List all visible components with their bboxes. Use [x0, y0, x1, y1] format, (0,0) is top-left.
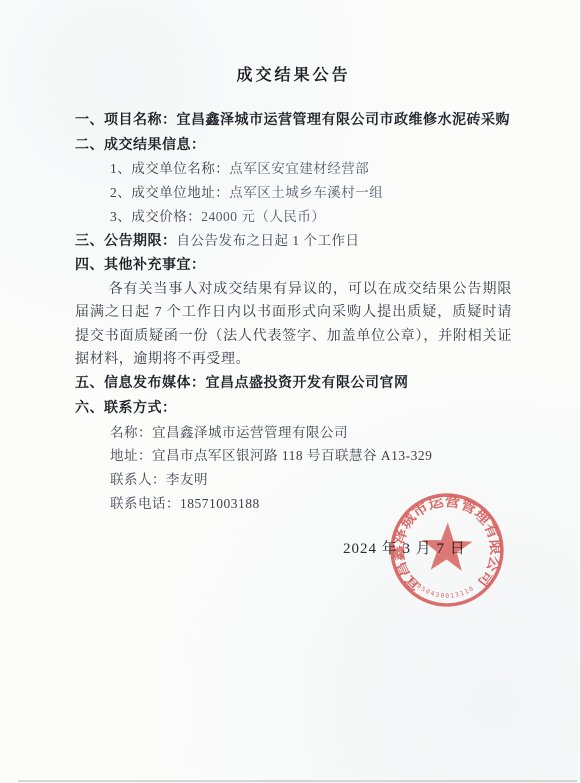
- section-project-value: 宜昌鑫泽城市运营管理有限公司市政维修水泥砖采购: [177, 113, 511, 128]
- section-media: 五、信息发布媒体：宜昌点盛投资开发有限公司官网: [75, 371, 512, 396]
- result-item-address: 2、成交单位地址：点军区土城乡车溪村一组: [110, 181, 512, 205]
- scanned-document-page: 成交结果公告 一、项目名称：宜昌鑫泽城市运营管理有限公司市政维修水泥砖采购 二、…: [0, 0, 581, 783]
- section-project: 一、项目名称：宜昌鑫泽城市运营管理有限公司市政维修水泥砖采购: [75, 108, 512, 133]
- result-item-name: 1、成交单位名称：点军区安宜建材经营部: [110, 157, 512, 181]
- scan-edge-bottom: [18, 780, 577, 782]
- page-title: 成交结果公告: [75, 62, 512, 85]
- section-contact-heading: 六、联系方式：: [75, 396, 512, 421]
- section-notice-period: 三、公告期限：自公告发布之日起 1 个工作日: [75, 229, 512, 254]
- announcement-body: 成交结果公告 一、项目名称：宜昌鑫泽城市运营管理有限公司市政维修水泥砖采购 二、…: [75, 62, 512, 515]
- section-result-heading: 二、成交结果信息：: [75, 133, 512, 158]
- section-project-label: 一、项目名称：: [75, 113, 177, 128]
- seal-star-icon: [421, 522, 473, 572]
- contact-item-address: 地址：宜昌市点军区银河路 118 号百联慧谷 A13-329: [110, 444, 512, 468]
- section-other-heading: 四、其他补充事宜：: [75, 253, 512, 278]
- contact-item-person: 联系人：李友明: [110, 468, 512, 492]
- contact-item-company: 名称：宜昌鑫泽城市运营管理有限公司: [110, 421, 512, 445]
- other-paragraph: 各有关当事人对成交结果有异议的，可以在成交结果公告期限届满之日起 7 个工作日内…: [75, 278, 512, 371]
- result-item-price: 3、成交价格：24000 元（人民币）: [110, 205, 512, 229]
- company-seal-stamp: 宜昌鑫泽城市运营管理有限公司 42050430013110: [385, 488, 509, 612]
